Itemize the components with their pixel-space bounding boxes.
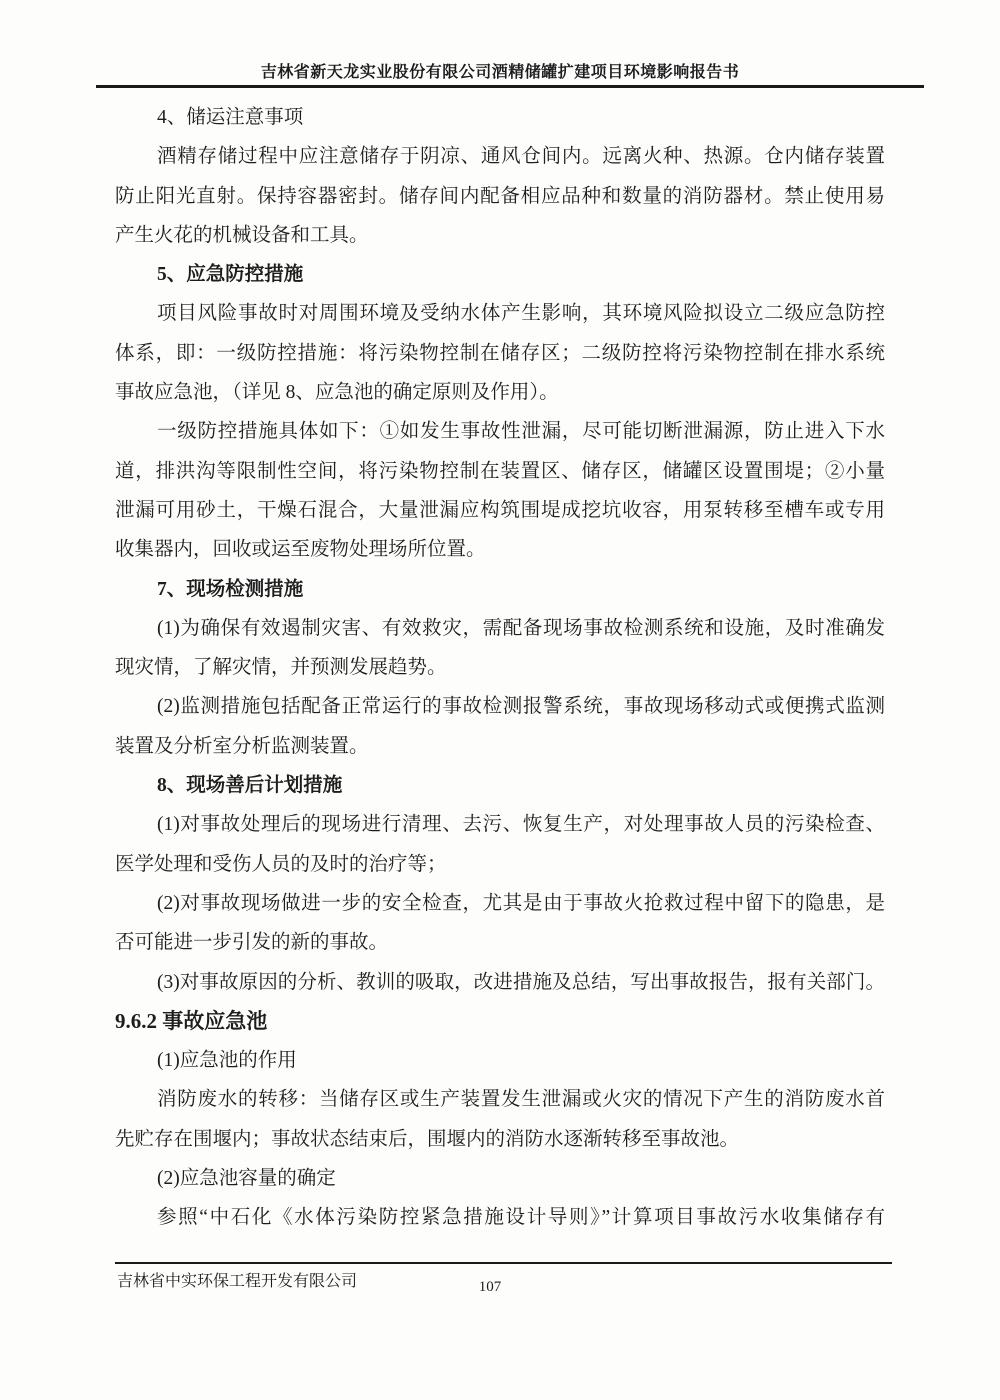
text-line-18: 8、现场善后计划措施 <box>115 766 885 805</box>
text-line-27: 先贮存在围堰内；事故状态结束后，围堰内的消防水逐渐转移至事故池。 <box>115 1120 885 1159</box>
text-line-10: 道，排洪沟等限制性空间，将污染物控制在装置区、储存区，储罐区设置围堤；②小量 <box>115 452 885 491</box>
text-line-20: 医学处理和受伤人员的及时的治疗等； <box>115 845 885 884</box>
text-line-29: 参照“中石化《水体污染防控紧急措施设计导则》”计算项目事故污水收集储存有 <box>115 1198 885 1237</box>
text-line-24: 9.6.2 事故应急池 <box>115 1002 885 1041</box>
text-line-6: 项目风险事故时对周围环境及受纳水体产生影响，其环境风险拟设立二级应急防控 <box>115 294 885 333</box>
text-line-13: 7、现场检测措施 <box>115 570 885 609</box>
header-rule <box>96 85 924 88</box>
text-line-17: 装置及分析室分析监测装置。 <box>115 727 885 766</box>
document-page: 吉林省新天龙实业股份有限公司酒精储罐扩建项目环境影响报告书 4、储运注意事项酒精… <box>0 0 1000 1400</box>
text-line-22: 否可能进一步引发的新的事故。 <box>115 923 885 962</box>
footer-rule <box>115 1262 892 1264</box>
text-line-1: 4、储运注意事项 <box>115 98 885 137</box>
text-line-12: 收集器内，回收或运至废物处理场所位置。 <box>115 530 885 569</box>
text-line-11: 泄漏可用砂土，干燥石混合，大量泄漏应构筑围堤成挖坑收容，用泵转移至槽车或专用 <box>115 491 885 530</box>
report-header-title: 吉林省新天龙实业股份有限公司酒精储罐扩建项目环境影响报告书 <box>0 59 1000 82</box>
text-line-8: 事故应急池，（详见 8、应急池的确定原则及作用）。 <box>115 373 885 412</box>
text-line-4: 产生火花的机械设备和工具。 <box>115 216 885 255</box>
text-line-23: (3)对事故原因的分析、教训的吸取，改进措施及总结，写出事故报告，报有关部门。 <box>115 963 885 1002</box>
text-line-15: 现灾情，了解灾情，并预测发展趋势。 <box>115 648 885 687</box>
document-body: 4、储运注意事项酒精存储过程中应注意储存于阴凉、通风仓间内。远离火种、热源。仓内… <box>115 98 885 1238</box>
text-line-25: (1)应急池的作用 <box>115 1041 885 1080</box>
text-line-9: 一级防控措施具体如下：①如发生事故性泄漏，尽可能切断泄漏源，防止进入下水 <box>115 412 885 451</box>
page-number: 107 <box>0 1279 980 1296</box>
text-line-26: 消防废水的转移：当储存区或生产装置发生泄漏或火灾的情况下产生的消防废水首 <box>115 1080 885 1119</box>
text-line-14: (1)为确保有效遏制灾害、有效救灾，需配备现场事故检测系统和设施，及时准确发 <box>115 609 885 648</box>
text-line-19: (1)对事故处理后的现场进行清理、去污、恢复生产，对处理事故人员的污染检查、 <box>115 805 885 844</box>
text-line-2: 酒精存储过程中应注意储存于阴凉、通风仓间内。远离火种、热源。仓内储存装置 <box>115 137 885 176</box>
text-line-28: (2)应急池容量的确定 <box>115 1159 885 1198</box>
text-line-5: 5、应急防控措施 <box>115 255 885 294</box>
text-line-21: (2)对事故现场做进一步的安全检查，尤其是由于事故火抢救过程中留下的隐患，是 <box>115 884 885 923</box>
text-line-3: 防止阳光直射。保持容器密封。储存间内配备相应品种和数量的消防器材。禁止使用易 <box>115 177 885 216</box>
text-line-16: (2)监测措施包括配备正常运行的事故检测报警系统，事故现场移动式或便携式监测 <box>115 687 885 726</box>
text-line-7: 体系，即：一级防控措施：将污染物控制在储存区；二级防控将污染物控制在排水系统 <box>115 334 885 373</box>
